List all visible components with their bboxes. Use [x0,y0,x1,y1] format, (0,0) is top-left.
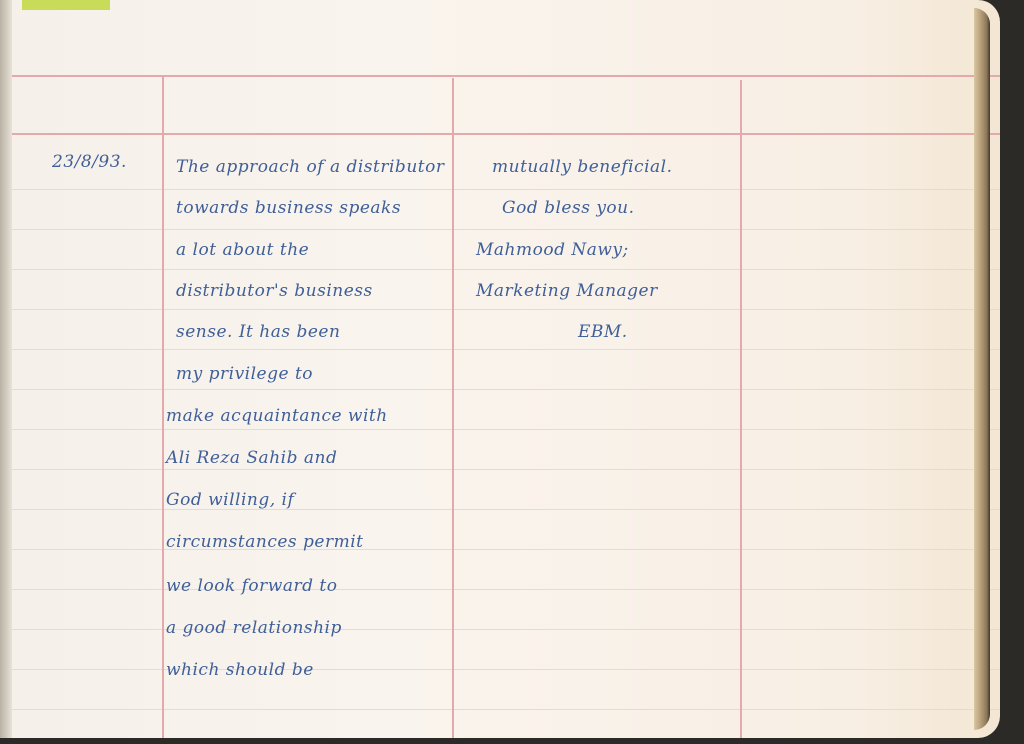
remarks-continued-line: Mahmood Nawy; [476,240,629,260]
entry-date: 23/8/93. [52,152,127,172]
ledger-page: 23/8/93. The approach of a distributor t… [0,0,1000,738]
sticky-note-tab [22,0,110,10]
header-top-rule [12,75,1000,77]
column-rule-1 [162,75,164,738]
remarks-continued-line: God bless you. [502,198,635,218]
remarks-line: towards business speaks [176,198,401,218]
remarks-line: God willing, if [166,490,294,510]
remarks-line: which should be [166,660,314,680]
remarks-line: The approach of a distributor [176,157,444,177]
page-binding [0,0,12,738]
remarks-line: distributor's business [176,281,373,301]
remarks-line: we look forward to [166,576,337,596]
header-bottom-rule [12,133,1000,135]
remarks-line: a good relationship [166,618,342,638]
column-rule-3 [740,80,742,738]
remarks-line: make acquaintance with [166,406,388,426]
signatory-title: Marketing Manager [476,281,658,301]
remarks-line: a lot about the [176,240,309,260]
remarks-line: Ali Reza Sahib and [166,448,337,468]
ruled-lines [12,150,1000,738]
remarks-line: sense. It has been [176,322,340,342]
remarks-line: my privilege to [176,364,313,384]
signatory-company: EBM. [578,322,628,342]
remarks-continued-line: mutually beneficial. [492,157,672,177]
page-edge [974,8,990,730]
remarks-line: circumstances permit [166,532,363,552]
book-cover-edge [0,738,1024,744]
column-rule-2 [452,78,454,738]
